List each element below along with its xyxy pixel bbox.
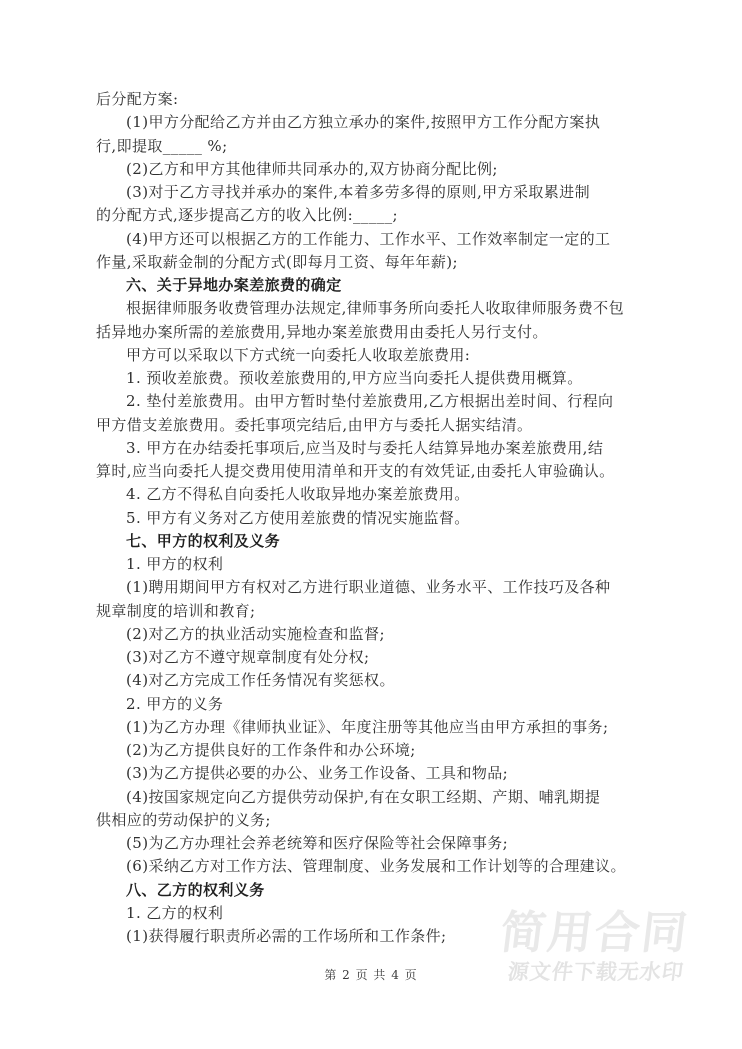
text-line: 甲方可以采取以下方式统一向委托人收取差旅费用: xyxy=(96,344,640,367)
text-line: (2)乙方和甲方其他律师共同承办的,双方协商分配比例; xyxy=(96,158,640,181)
text-line: 规章制度的培训和教育; xyxy=(96,600,640,623)
text-line: (4)甲方还可以根据乙方的工作能力、工作水平、工作效率制定一定的工 xyxy=(96,228,640,251)
text-line: (1)聘用期间甲方有权对乙方进行职业道德、业务水平、工作技巧及各种 xyxy=(96,576,640,599)
text-line: 算时,应当向委托人提交费用使用清单和开支的有效凭证,由委托人审验确认。 xyxy=(96,460,640,483)
text-line: 2. 甲方的义务 xyxy=(96,693,640,716)
text-line: 2. 垫付差旅费用。由甲方暂时垫付差旅费用,乙方根据出差时间、行程向 xyxy=(96,390,640,413)
text-line: (4)按国家规定向乙方提供劳动保护,有在女职工经期、产期、哺乳期提 xyxy=(96,786,640,809)
section-heading: 六、关于异地办案差旅费的确定 xyxy=(96,274,640,297)
text-line: (1)获得履行职责所必需的工作场所和工作条件; xyxy=(96,925,640,948)
text-line: (3)对乙方不遵守规章制度有处分权; xyxy=(96,646,640,669)
text-line: 5. 甲方有义务对乙方使用差旅费的情况实施监督。 xyxy=(96,507,640,530)
text-line: 甲方借支差旅费用。委托事项完结后,由甲方与委托人据实结清。 xyxy=(96,414,640,437)
text-line: 根据律师服务收费管理办法规定,律师事务所向委托人收取律师服务费不包 xyxy=(96,297,640,320)
section-heading: 八、乙方的权利义务 xyxy=(96,879,640,902)
text-line: 1. 预收差旅费。预收差旅费用的,甲方应当向委托人提供费用概算。 xyxy=(96,367,640,390)
contract-page: 后分配方案:(1)甲方分配给乙方并由乙方独立承办的案件,按照甲方工作分配方案执行… xyxy=(0,0,742,1049)
text-line: (6)采纳乙方对工作方法、管理制度、业务发展和工作计划等的合理建议。 xyxy=(96,855,640,878)
text-line: 后分配方案: xyxy=(96,88,640,111)
text-line: 1. 乙方的权利 xyxy=(96,902,640,925)
text-line: 的分配方式,逐步提高乙方的收入比例:_____; xyxy=(96,204,640,227)
text-line: 3. 甲方在办结委托事项后,应当及时与委托人结算异地办案差旅费用,结 xyxy=(96,437,640,460)
text-line: 4. 乙方不得私自向委托人收取异地办案差旅费用。 xyxy=(96,483,640,506)
text-line: (1)甲方分配给乙方并由乙方独立承办的案件,按照甲方工作分配方案执 xyxy=(96,111,640,134)
text-line: (5)为乙方办理社会养老统筹和医疗保险等社会保障事务; xyxy=(96,832,640,855)
section-heading: 七、甲方的权利及义务 xyxy=(96,530,640,553)
document-body: 后分配方案:(1)甲方分配给乙方并由乙方独立承办的案件,按照甲方工作分配方案执行… xyxy=(96,88,640,948)
text-line: (3)对于乙方寻找并承办的案件,本着多劳多得的原则,甲方采取累进制 xyxy=(96,181,640,204)
text-line: 1. 甲方的权利 xyxy=(96,553,640,576)
text-line: 作量,采取薪金制的分配方式(即每月工资、每年年薪); xyxy=(96,251,640,274)
text-line: 括异地办案所需的差旅费用,异地办案差旅费用由委托人另行支付。 xyxy=(96,321,640,344)
text-line: (2)为乙方提供良好的工作条件和办公环境; xyxy=(96,739,640,762)
text-line: (1)为乙方办理《律师执业证》、年度注册等其他应当由甲方承担的事务; xyxy=(96,716,640,739)
page-number-footer: 第 2 页 共 4 页 xyxy=(0,966,742,983)
text-line: 行,即提取_____ %; xyxy=(96,135,640,158)
text-line: (2)对乙方的执业活动实施检查和监督; xyxy=(96,623,640,646)
text-line: 供相应的劳动保护的义务; xyxy=(96,809,640,832)
text-line: (3)为乙方提供必要的办公、业务工作设备、工具和物品; xyxy=(96,762,640,785)
text-line: (4)对乙方完成工作任务情况有奖惩权。 xyxy=(96,669,640,692)
